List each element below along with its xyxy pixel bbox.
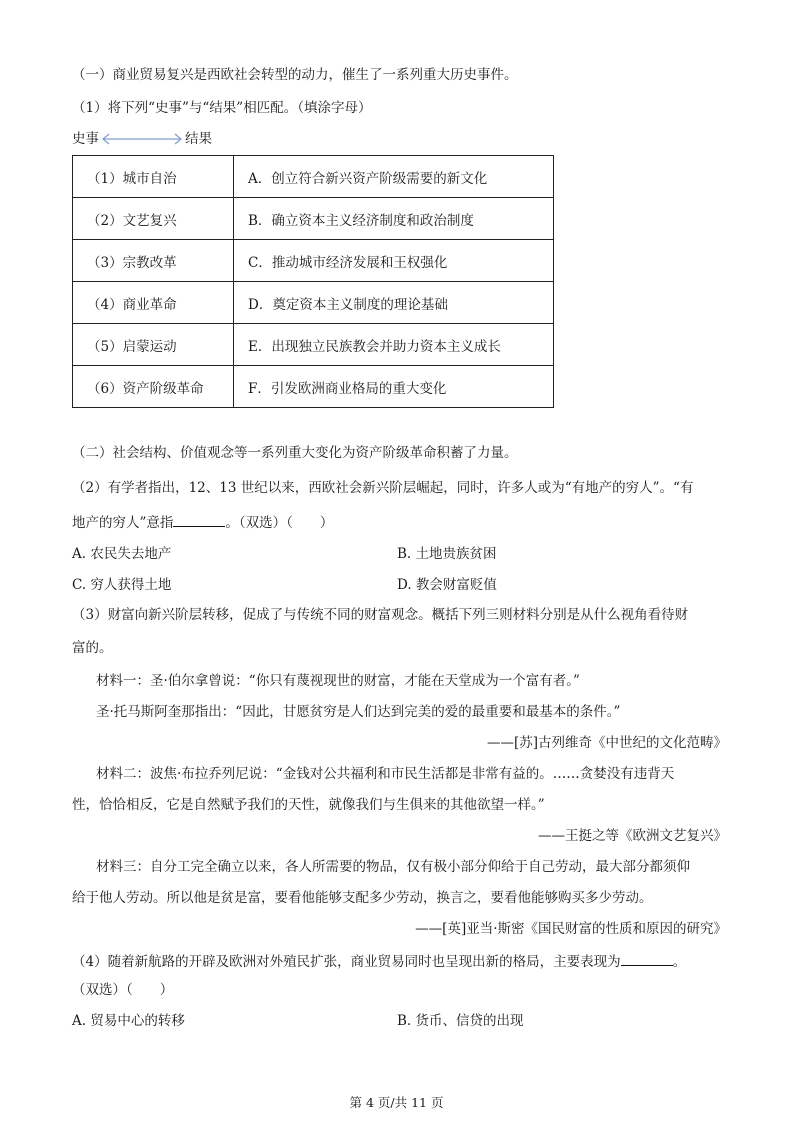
material3-source: ——[英]亚当·斯密《国民财富的性质和原因的研究》 xyxy=(415,920,727,938)
event-cell: （2）文艺复兴 xyxy=(73,198,234,240)
q3-line1: （3）财富向新兴阶层转移，促成了与传统不同的财富观念。概括下列三则材料分别是从什… xyxy=(72,606,688,624)
q4-prefix: （4）随着新航路的开辟及欧洲对外殖民扩张，商业贸易同时也呈现出新的格局，主要表现… xyxy=(72,954,621,970)
event-cell: （1）城市自治 xyxy=(73,156,234,198)
section2-heading: （二）社会结构、价值观念等一系列重大变化为资产阶级革命积蓄了力量。 xyxy=(72,444,518,462)
material3-line2: 给于他人劳动。所以他是贫是富，要看他能够支配多少劳动，换言之，要看他能够购买多少… xyxy=(72,889,653,907)
result-cell: A．创立符合新兴资产阶级需要的新文化 xyxy=(234,156,554,198)
q2-answer-blank[interactable] xyxy=(173,512,225,527)
table-row: （4）商业革命 D．奠定资本主义制度的理论基础 xyxy=(73,282,554,324)
q4-answer-blank[interactable] xyxy=(621,951,673,966)
result-cell: F．引发欧洲商业格局的重大变化 xyxy=(234,366,554,408)
q4-option-b[interactable]: B. 货币、信贷的出现 xyxy=(397,1012,524,1030)
q2-line1: （2）有学者指出，12、13 世纪以来，西欧社会新兴阶层崛起，同时，许多人或为“… xyxy=(72,479,693,497)
q2-option-a[interactable]: A. 农民失去地产 xyxy=(72,545,171,563)
q2-prefix: 地产的穷人”意指 xyxy=(72,515,173,531)
arrow-right-label: 结果 xyxy=(185,130,212,148)
double-arrow-icon xyxy=(100,133,184,145)
q2-line2: 地产的穷人”意指。（双选）（ ） xyxy=(72,512,333,532)
q2-option-b[interactable]: B. 土地贵族贫困 xyxy=(397,545,497,563)
q4-suffix: 。 xyxy=(673,954,687,970)
material1-source: ——[苏]古列维奇《中世纪的文化范畴》 xyxy=(487,734,727,752)
table-row: （1）城市自治 A．创立符合新兴资产阶级需要的新文化 xyxy=(73,156,554,198)
event-cell: （6）资产阶级革命 xyxy=(73,366,234,408)
arrow-left-label: 史事 xyxy=(72,130,99,148)
match-arrow-label: 史事 结果 xyxy=(72,130,212,148)
q2-option-d[interactable]: D. 教会财富贬值 xyxy=(397,576,497,594)
table-row: （5）启蒙运动 E．出现独立民族教会并助力资本主义成长 xyxy=(73,324,554,366)
result-cell: E．出现独立民族教会并助力资本主义成长 xyxy=(234,324,554,366)
event-cell: （3）宗教改革 xyxy=(73,240,234,282)
event-cell: （5）启蒙运动 xyxy=(73,324,234,366)
material3-line1: 材料三：自分工完全确立以来，各人所需要的物品，仅有极小部分仰给于自己劳动，最大部… xyxy=(96,858,690,876)
match-table: （1）城市自治 A．创立符合新兴资产阶级需要的新文化 （2）文艺复兴 B．确立资… xyxy=(72,155,554,408)
q4-option-a[interactable]: A. 贸易中心的转移 xyxy=(72,1012,185,1030)
q3-line2: 富的。 xyxy=(72,639,113,657)
result-cell: D．奠定资本主义制度的理论基础 xyxy=(234,282,554,324)
result-cell: B．确立资本主义经济制度和政治制度 xyxy=(234,198,554,240)
material1-line1: 材料一：圣·伯尔拿曾说：“你只有蔑视现世的财富，才能在天堂成为一个富有者。” xyxy=(96,672,580,690)
q1-prompt: （1）将下列“史事”与“结果”相匹配。（填涂字母） xyxy=(72,99,371,117)
q2-suffix: 。（双选）（ ） xyxy=(225,515,333,531)
q4-line1: （4）随着新航路的开辟及欧洲对外殖民扩张，商业贸易同时也呈现出新的格局，主要表现… xyxy=(72,951,686,971)
table-row: （6）资产阶级革命 F．引发欧洲商业格局的重大变化 xyxy=(73,366,554,408)
event-cell: （4）商业革命 xyxy=(73,282,234,324)
material2-line1: 材料二：波焦·布拉乔列尼说：“金钱对公共福利和市民生活都是非常有益的。……贪婪没… xyxy=(96,765,674,783)
section1-heading: （一）商业贸易复兴是西欧社会转型的动力，催生了一系列重大历史事件。 xyxy=(72,66,518,84)
material1-line2: 圣·托马斯阿奎那指出：“因此，甘愿贫穷是人们达到完美的爱的最重要和最基本的条件。… xyxy=(96,703,620,721)
material2-source: ——王挺之等《欧洲文艺复兴》 xyxy=(538,827,727,845)
table-row: （3）宗教改革 C．推动城市经济发展和王权强化 xyxy=(73,240,554,282)
page-number: 第 4 页/共 11 页 xyxy=(0,1093,793,1111)
material2-line2: 性，恰恰相反，它是自然赋予我们的天性，就像我们与生俱来的其他欲望一样。” xyxy=(72,796,545,814)
table-row: （2）文艺复兴 B．确立资本主义经济制度和政治制度 xyxy=(73,198,554,240)
result-cell: C．推动城市经济发展和王权强化 xyxy=(234,240,554,282)
q4-line2: （双选）（ ） xyxy=(72,981,173,999)
q2-option-c[interactable]: C. 穷人获得土地 xyxy=(72,576,171,594)
